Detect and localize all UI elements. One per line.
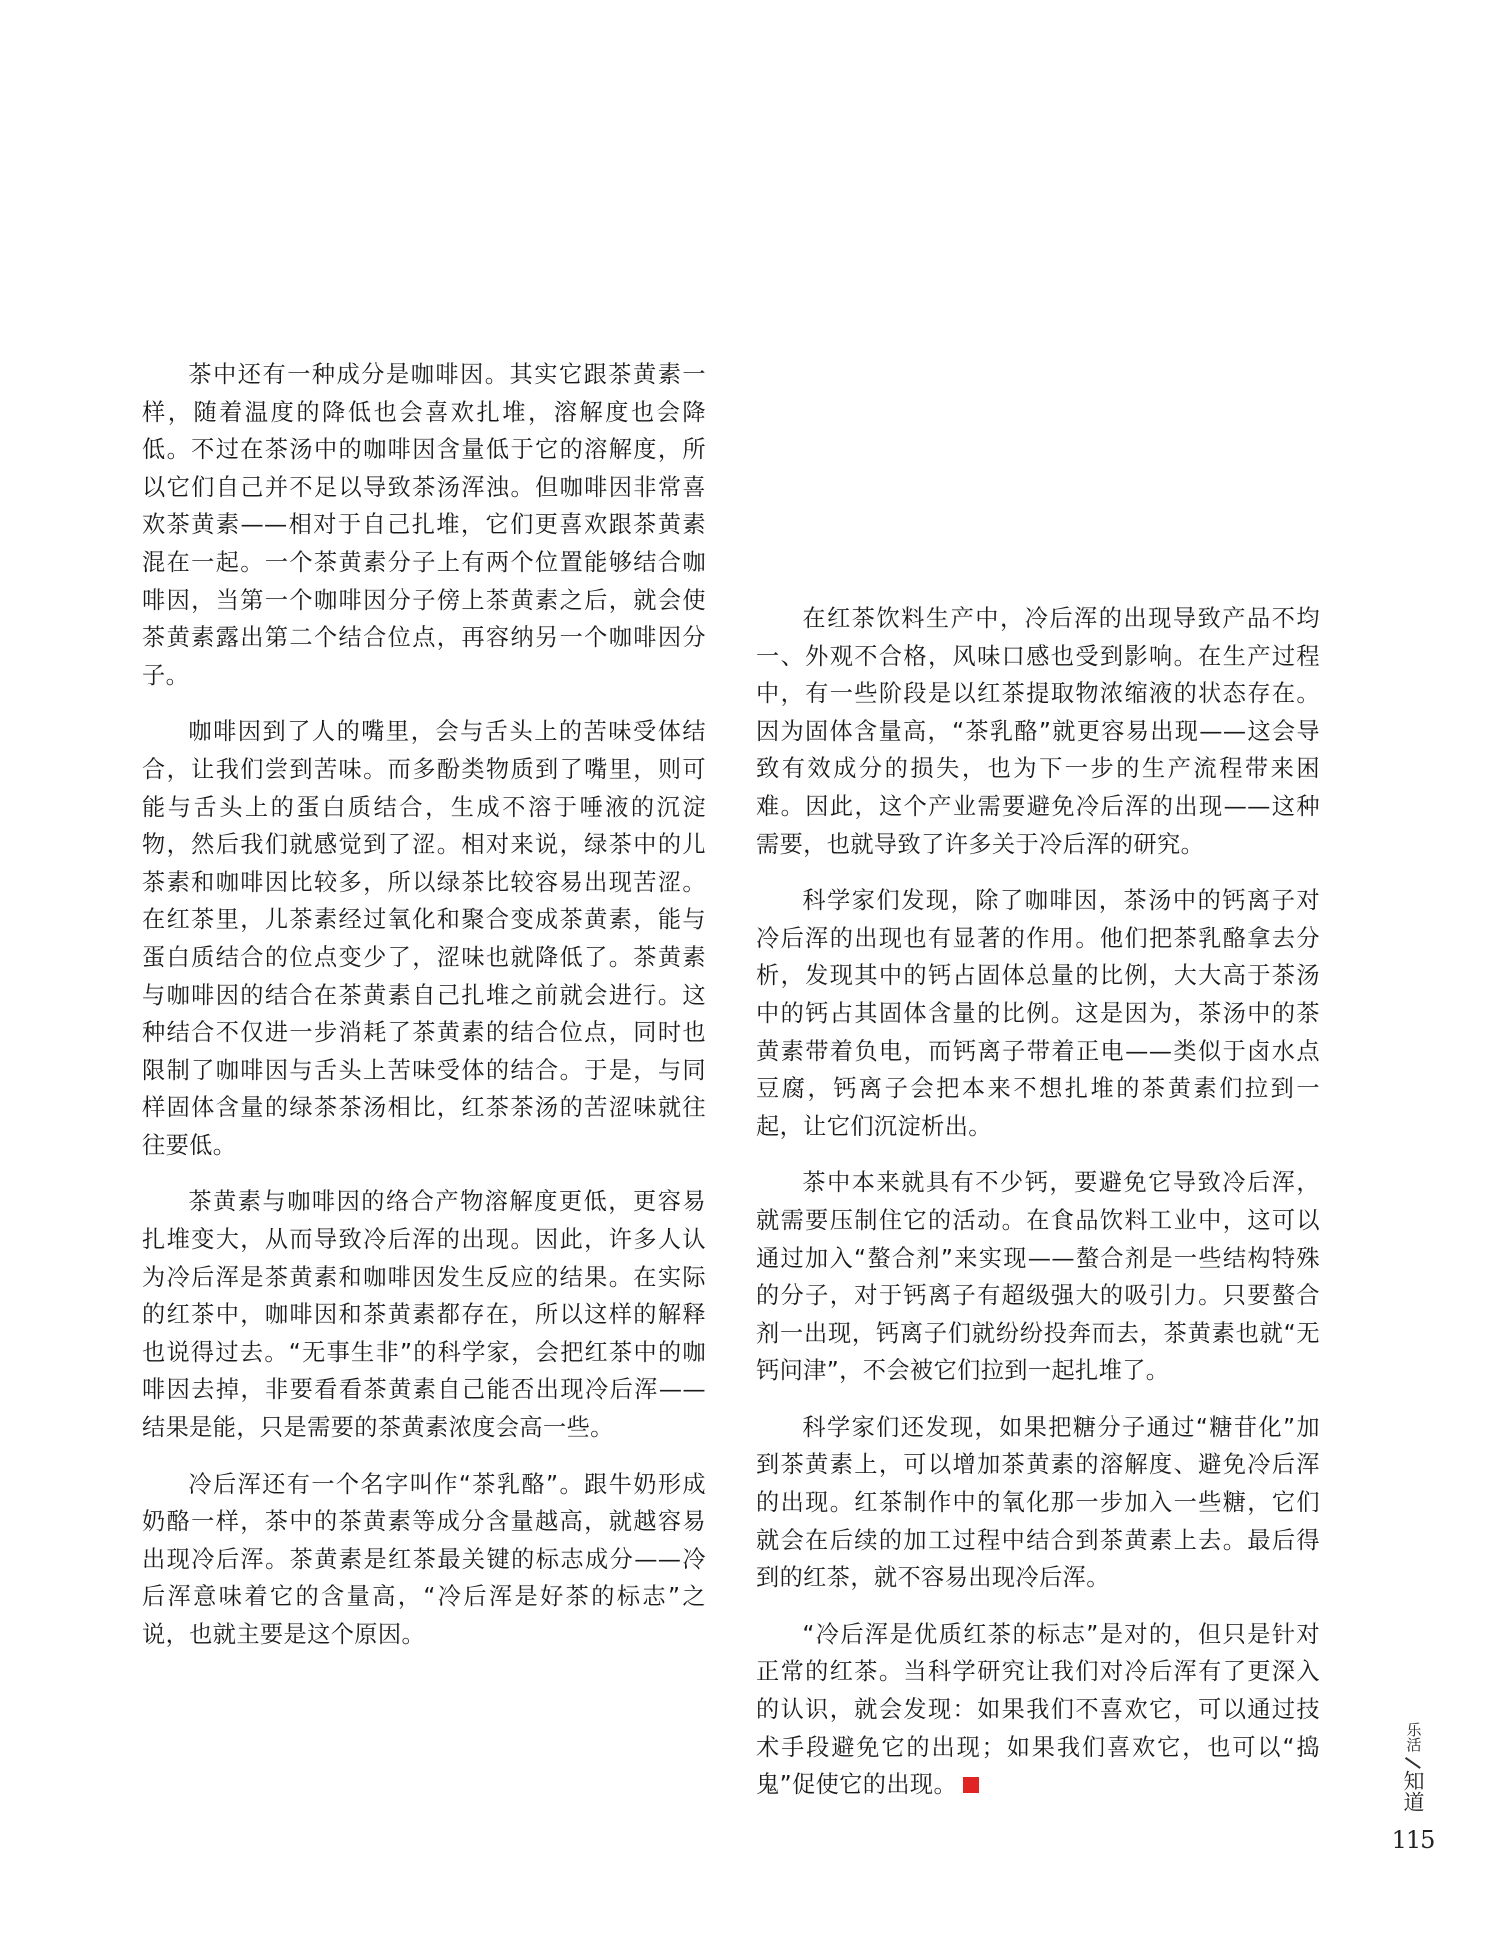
- paragraph: 在红茶饮料生产中，冷后浑的出现导致产品不均一、外观不合格，风味口感也受到影响。在…: [756, 600, 1320, 863]
- right-column: 在红茶饮料生产中，冷后浑的出现导致产品不均一、外观不合格，风味口感也受到影响。在…: [756, 600, 1320, 1823]
- page-folio: 乐活 知道 115: [1378, 1722, 1448, 1854]
- paragraph: 科学家们还发现，如果把糖分子通过“糖苷化”加到茶黄素上，可以增加茶黄素的溶解度、…: [756, 1409, 1320, 1597]
- left-column: 茶中还有一种成分是咖啡因。其实它跟茶黄素一样，随着温度的降低也会喜欢扎堆，溶解度…: [142, 356, 706, 1673]
- section-name-large: 知道: [1400, 1770, 1426, 1812]
- paragraph: 茶中本来就具有不少钙，要避免它导致冷后浑，就需要压制住它的活动。在食品饮料工业中…: [756, 1164, 1320, 1390]
- paragraph: 茶中还有一种成分是咖啡因。其实它跟茶黄素一样，随着温度的降低也会喜欢扎堆，溶解度…: [142, 356, 706, 694]
- paragraph: 科学家们发现，除了咖啡因，茶汤中的钙离子对冷后浑的出现也有显著的作用。他们把茶乳…: [756, 882, 1320, 1145]
- end-of-article-square-icon: [963, 1777, 979, 1793]
- page-number: 115: [1378, 1826, 1448, 1854]
- paragraph: 冷后浑还有一个名字叫作“茶乳酪”。跟牛奶形成奶酪一样，茶中的茶黄素等成分含量越高…: [142, 1466, 706, 1654]
- paragraph: 茶黄素与咖啡因的络合产物溶解度更低，更容易扎堆变大，从而导致冷后浑的出现。因此，…: [142, 1183, 706, 1446]
- closing-paragraph-text: “冷后浑是优质红茶的标志”是对的，但只是针对正常的红茶。当科学研究让我们对冷后浑…: [756, 1621, 1320, 1798]
- closing-paragraph: “冷后浑是优质红茶的标志”是对的，但只是针对正常的红茶。当科学研究让我们对冷后浑…: [756, 1616, 1320, 1804]
- section-name-small: 乐活: [1405, 1722, 1422, 1752]
- slash-divider: [1405, 1757, 1421, 1769]
- paragraph: 咖啡因到了人的嘴里，会与舌头上的苦味受体结合，让我们尝到苦味。而多酚类物质到了嘴…: [142, 713, 706, 1164]
